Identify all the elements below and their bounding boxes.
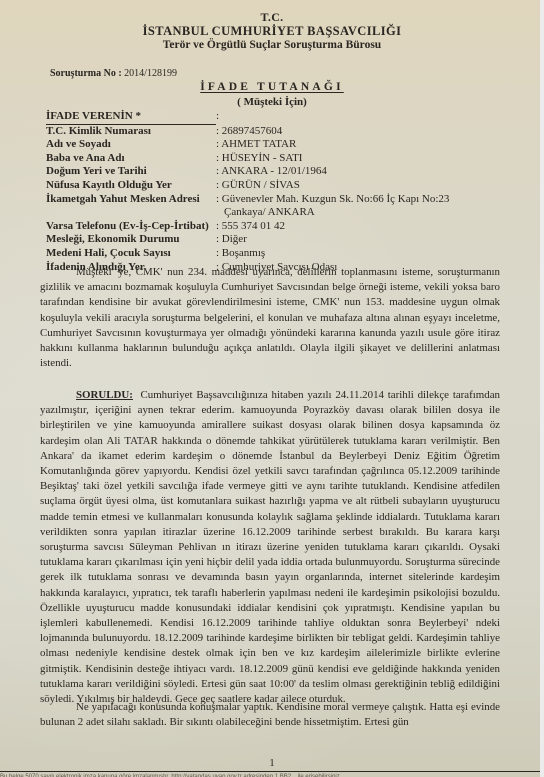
info-value: : HÜSEYİN - SATI xyxy=(216,152,526,166)
info-label: Baba ve Ana Adı xyxy=(46,152,216,166)
info-value: : Güvenevler Mah. Kuzgun Sk. No:66 İç Ka… xyxy=(216,193,526,207)
info-label: T.C. Kimlik Numarası xyxy=(46,125,216,139)
info-row: Adı ve Soyadı: AHMET TATAR xyxy=(46,138,526,152)
info-row: Doğum Yeri ve Tarihi: ANKARA - 12/01/196… xyxy=(46,165,526,179)
info-label: Doğum Yeri ve Tarihi xyxy=(46,165,216,179)
info-label: Varsa Telefonu (Ev-İş-Cep-İrtibat) xyxy=(46,220,216,234)
investigation-number-value: 2014/128199 xyxy=(124,68,177,79)
asked-paragraph-text: Cumhuriyet Başsavcılığınıza hitaben yazı… xyxy=(40,389,500,705)
statement-giver-info: İFADE VERENİN * : T.C. Kimlik Numarası: … xyxy=(46,110,526,274)
document-title: İFADE TUTANAĞI xyxy=(0,81,544,93)
info-value: : Diğer xyxy=(216,233,526,247)
info-value: : GÜRÜN / SİVAS xyxy=(216,179,526,193)
rights-paragraph-text: Müşteki' ye, CMK' nun 234. maddesi uyarı… xyxy=(40,265,500,371)
page-number: 1 xyxy=(0,757,544,769)
info-fields: T.C. Kimlik Numarası: 26897457604Adı ve … xyxy=(46,125,526,275)
investigation-number: Soruşturma No : 2014/128199 xyxy=(50,68,177,79)
investigation-number-label: Soruşturma No : xyxy=(50,68,122,79)
header-office: İSTANBUL CUMHURİYET BAŞSAVCILIĞI xyxy=(0,24,544,39)
info-value: : ANKARA - 12/01/1964 xyxy=(216,165,526,179)
document-title-text: İFADE TUTANAĞI xyxy=(200,81,344,93)
info-row: Varsa Telefonu (Ev-İş-Cep-İrtibat): 555 … xyxy=(46,220,526,234)
info-label: Nüfusa Kayıtlı Olduğu Yer xyxy=(46,179,216,193)
asked-paragraph: SORULDU: Cumhuriyet Başsavcılığınıza hit… xyxy=(40,388,500,707)
rights-paragraph: Müşteki' ye, CMK' nun 234. maddesi uyarı… xyxy=(40,265,500,371)
info-label: Adı ve Soyadı xyxy=(46,138,216,152)
document-page: T.C. İSTANBUL CUMHURİYET BAŞSAVCILIĞI Te… xyxy=(0,0,544,777)
info-value: : AHMET TATAR xyxy=(216,138,526,152)
info-row: Baba ve Ana Adı: HÜSEYİN - SATI xyxy=(46,152,526,166)
info-row: Medeni Hali, Çocuk Sayısı: Boşanmış xyxy=(46,247,526,261)
info-row: İkametgah Yahut Mesken Adresi: Güvenevle… xyxy=(46,193,526,207)
info-value-continuation: Çankaya/ ANKARA xyxy=(216,206,526,220)
info-value: : 26897457604 xyxy=(216,125,526,139)
info-value: : Boşanmış xyxy=(216,247,526,261)
info-row: Mesleği, Ekonomik Durumu: Diğer xyxy=(46,233,526,247)
last-paragraph: Ne yapılacağı konusunda konuşmalar yaptı… xyxy=(40,700,500,730)
document-subtitle: ( Müşteki İçin) xyxy=(0,96,544,108)
statement-giver-heading-sep: : xyxy=(216,110,526,125)
info-row: T.C. Kimlik Numarası: 26897457604 xyxy=(46,125,526,139)
statement-giver-heading: İFADE VERENİN * : xyxy=(46,110,526,125)
header-tc: T.C. xyxy=(0,10,544,25)
info-label: İkametgah Yahut Mesken Adresi xyxy=(46,193,216,207)
info-row-continuation: Çankaya/ ANKARA xyxy=(46,206,526,220)
statement-giver-heading-label: İFADE VERENİN * xyxy=(46,110,216,125)
info-value: : 555 374 01 42 xyxy=(216,220,526,234)
info-label: Medeni Hali, Çocuk Sayısı xyxy=(46,247,216,261)
header-bureau: Terör ve Örgütlü Suçlar Soruşturma Büros… xyxy=(0,39,544,51)
asked-label: SORULDU: xyxy=(76,389,133,401)
footer-text: Bu belge 5070 sayılı elektronik imza kan… xyxy=(0,772,540,777)
info-row: Nüfusa Kayıtlı Olduğu Yer: GÜRÜN / SİVAS xyxy=(46,179,526,193)
last-paragraph-text: Ne yapılacağı konusunda konuşmalar yaptı… xyxy=(40,700,500,730)
info-label: Mesleği, Ekonomik Durumu xyxy=(46,233,216,247)
